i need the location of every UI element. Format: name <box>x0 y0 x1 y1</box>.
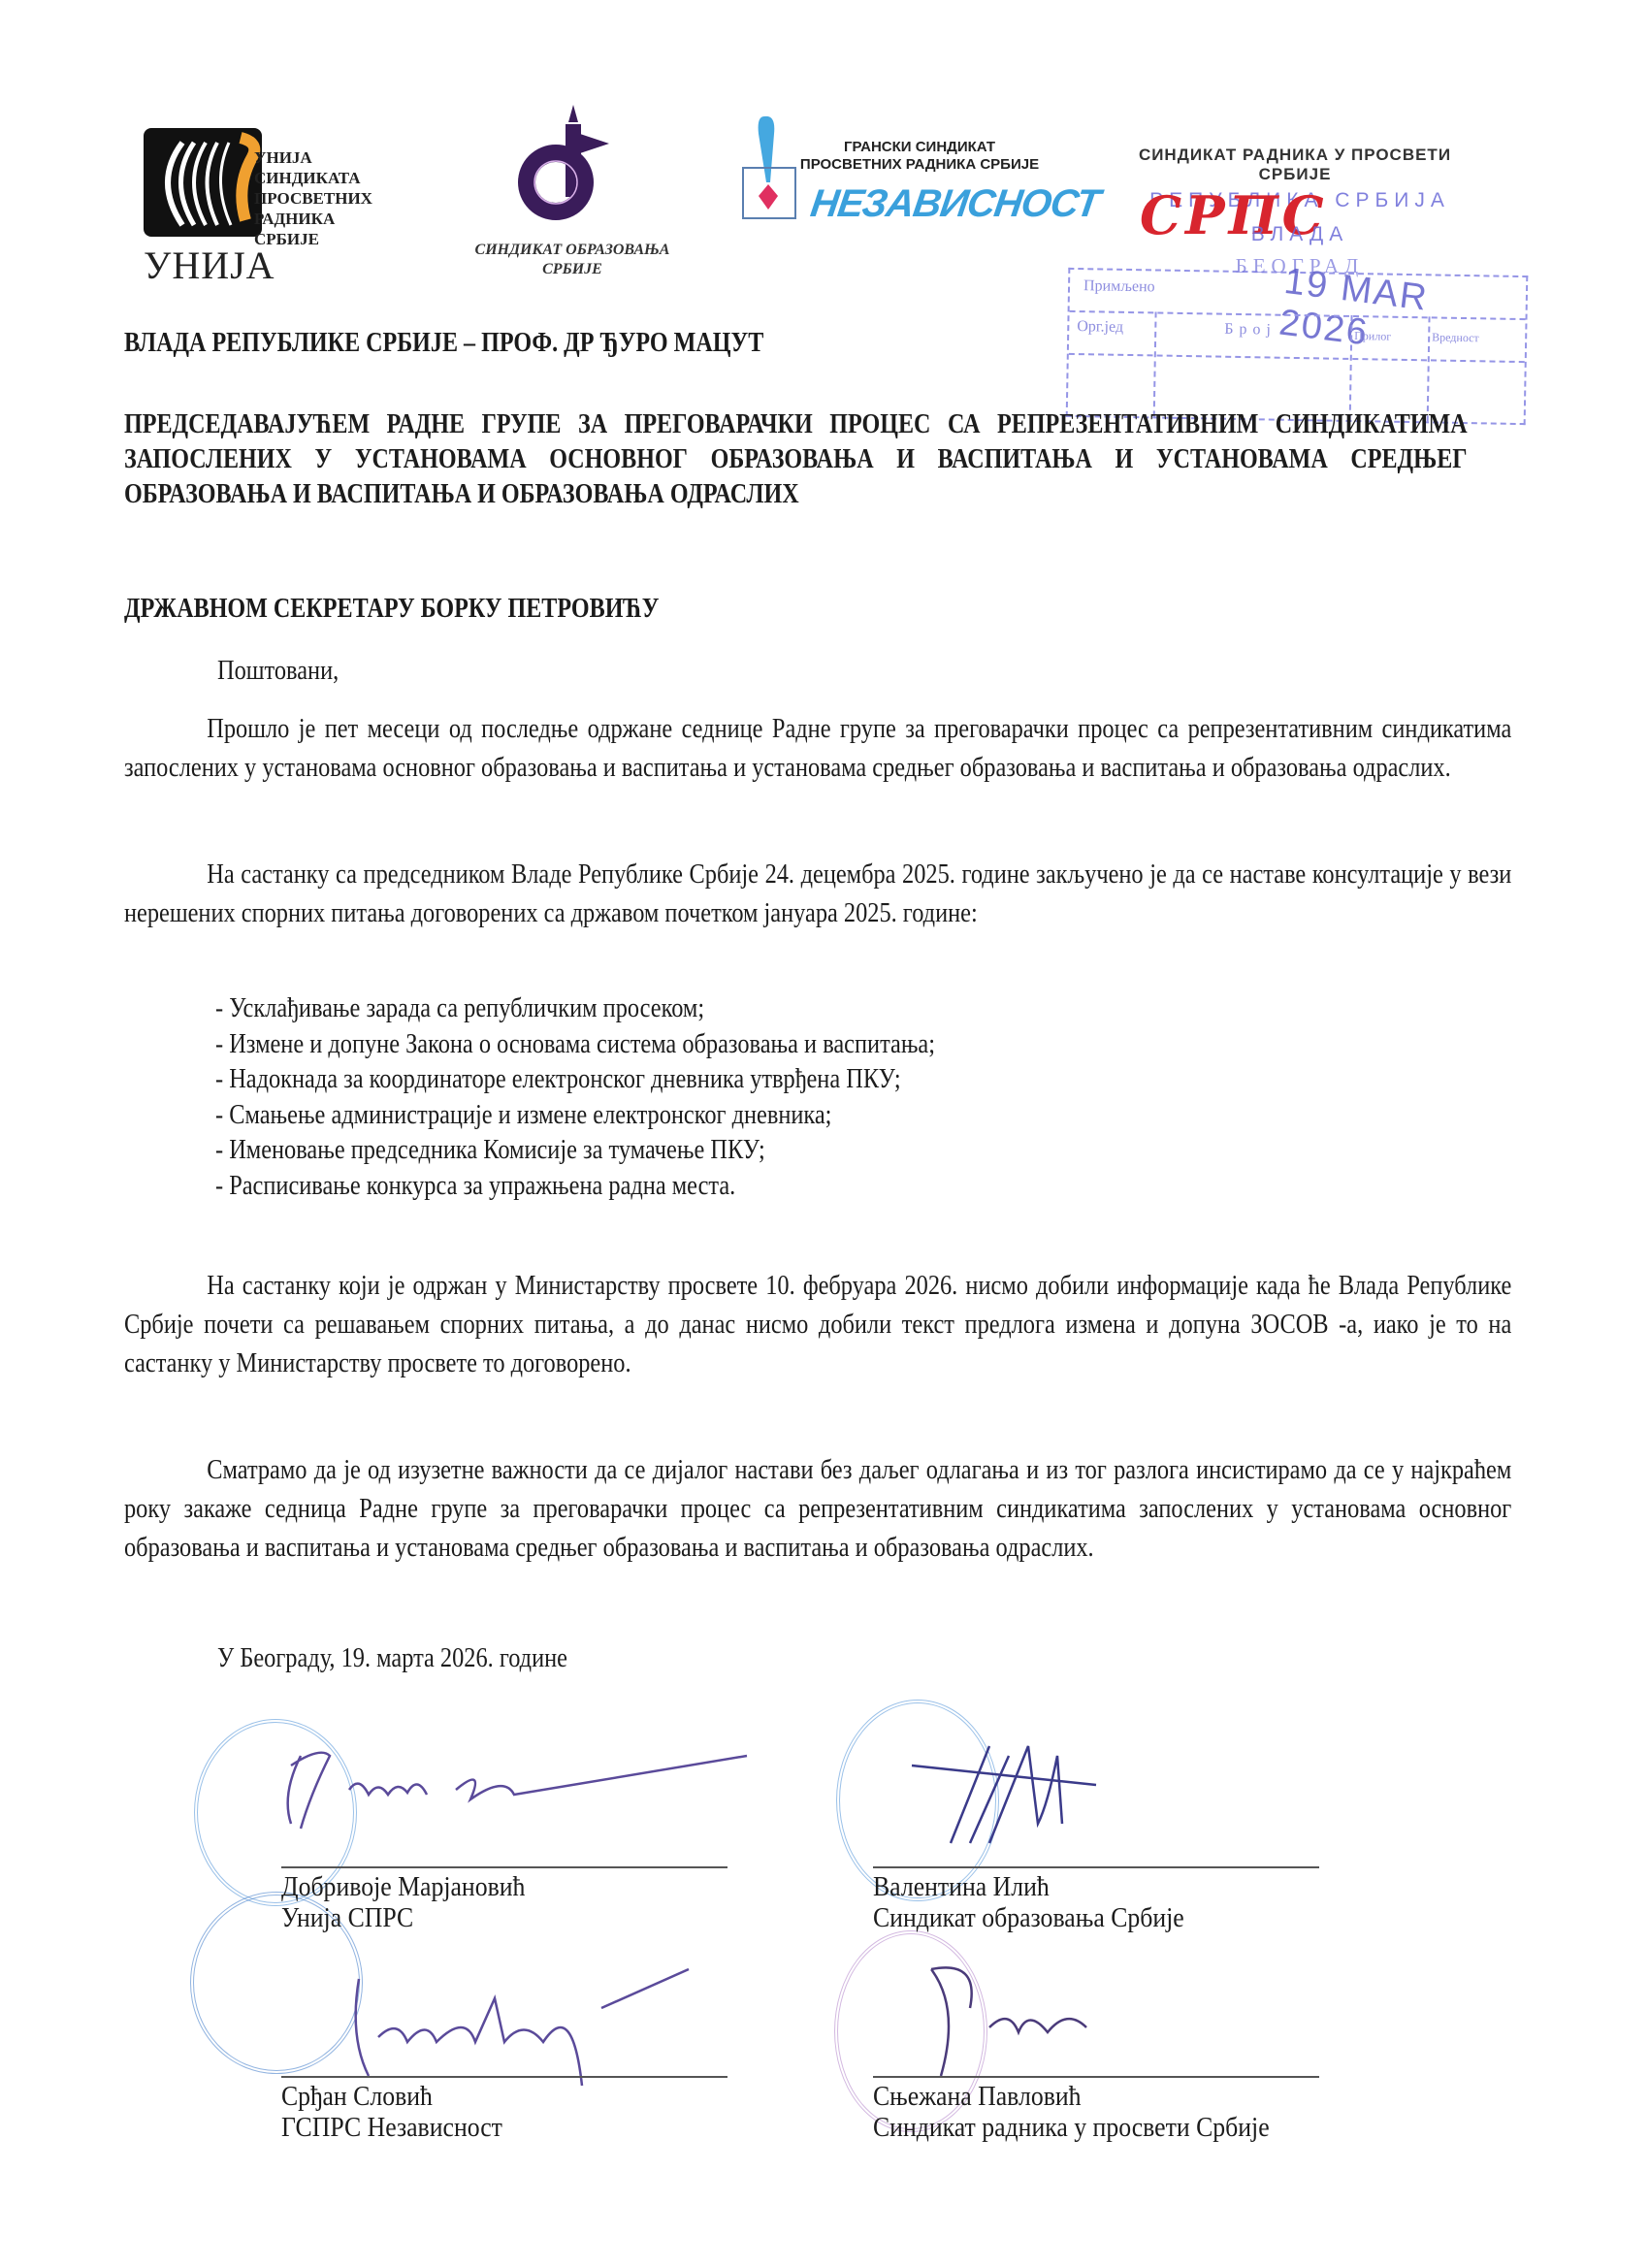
list-item: - Именовање председника Комисије за тума… <box>215 1133 935 1169</box>
paragraph-4: Сматрамо да је од изузетне важности да с… <box>124 1451 1511 1568</box>
signatory-org: Синдикат радника у просвети Србије <box>873 2113 1270 2144</box>
stamp-col-attachment: Прилог <box>1354 329 1391 344</box>
unija-logo-text: УНИЈА СИНДИКАТА ПРОСВЕТНИХ РАДНИКА СРБИЈ… <box>254 147 372 249</box>
addressee-working-group-chair: ПРЕДСЕДАВАЈУЋЕМ РАДНЕ ГРУПЕ ЗА ПРЕГОВАРА… <box>124 407 1468 512</box>
open-issues-list: - Усклађивање зарада са републичким прос… <box>215 991 935 1204</box>
unija-wordmark: УНИЈА <box>144 243 275 288</box>
salutation: Поштовани, <box>217 652 1604 691</box>
stamp-col-org: Орг.јед <box>1077 318 1123 337</box>
signatory-org: ГСПРС Независност <box>281 2113 502 2144</box>
signatory-3: Срђан Словић ГСПРС Независност <box>281 2082 522 2144</box>
list-item: - Расписивање конкурса за упражњена радн… <box>215 1169 935 1205</box>
unija-logo-mark <box>144 128 262 237</box>
nezavisnost-logo-text: ГРАНСКИ СИНДИКАТ ПРОСВЕТНИХ РАДНИКА СРБИ… <box>793 139 1046 174</box>
signatory-org: Унија СПРС <box>281 1903 525 1934</box>
list-item: - Усклађивање зарада са републичким прос… <box>215 991 935 1027</box>
signatory-2: Валентина Илић Синдикат образовања Србиј… <box>873 1872 1212 1934</box>
sindikat-obrazovanja-logo-text: СИНДИКАТ ОБРАЗОВАЊА СРБИЈЕ <box>456 241 689 279</box>
registry-stamp-line2: ВЛАДА <box>1086 223 1513 246</box>
nezavisnost-brand: НЕЗАВИСНОСТ <box>808 182 1102 226</box>
addressee-government: ВЛАДА РЕПУБЛИКЕ СРБИЈЕ – ПРОФ. ДР ЂУРО М… <box>124 328 763 359</box>
paragraph-1: Прошло је пет месеци од последње одржане… <box>124 710 1511 788</box>
signatory-name: Валентина Илић <box>873 1872 1184 1903</box>
list-item: - Надокнада за координаторе електронског… <box>215 1062 935 1098</box>
paragraph-3: На састанку који је одржан у Министарств… <box>124 1267 1511 1383</box>
signature-line <box>873 2076 1319 2078</box>
signatory-org: Синдикат образовања Србије <box>873 1903 1184 1934</box>
signatory-name: Срђан Словић <box>281 2082 502 2113</box>
signature-marjanovic <box>262 1736 766 1843</box>
stamp-col-number: Број <box>1224 321 1277 340</box>
signatory-1: Добривоје Марјановић Унија СПРС <box>281 1872 546 1934</box>
signature-ilic <box>892 1727 1183 1853</box>
signatory-name: Добривоје Марјановић <box>281 1872 525 1903</box>
list-item: - Смањење администрације и измене електр… <box>215 1098 935 1134</box>
srps-logo-text: СИНДИКАТ РАДНИКА У ПРОСВЕТИ СРБИЈЕ <box>1072 146 1518 184</box>
signature-line <box>281 1866 727 1868</box>
list-item: - Измене и допуне Закона о основама сист… <box>215 1027 935 1063</box>
signature-line <box>873 1866 1319 1868</box>
signatory-4: Сњежана Павловић Синдикат радника у прос… <box>873 2082 1304 2144</box>
sindikat-obrazovanja-logo-mark <box>512 105 619 221</box>
stamp-received-label: Примљено <box>1083 277 1155 296</box>
place-and-date: У Београду, 19. марта 2026. године <box>217 1639 1604 1678</box>
registry-stamp: Примљено 19 MAR 2026 Орг.јед Број Прилог… <box>1066 268 1529 425</box>
signature-slovic <box>320 1960 727 2095</box>
paragraph-2: На састанку са председником Владе Републ… <box>124 856 1511 933</box>
stamp-col-value: Вредност <box>1432 330 1479 345</box>
signature-pavlovic <box>902 1950 1154 2086</box>
addressee-state-secretary: ДРЖАВНОМ СЕКРЕТАРУ БОРКУ ПЕТРОВИЋУ <box>124 594 659 625</box>
signatory-name: Сњежана Павловић <box>873 2082 1270 2113</box>
signature-line <box>281 2076 727 2078</box>
